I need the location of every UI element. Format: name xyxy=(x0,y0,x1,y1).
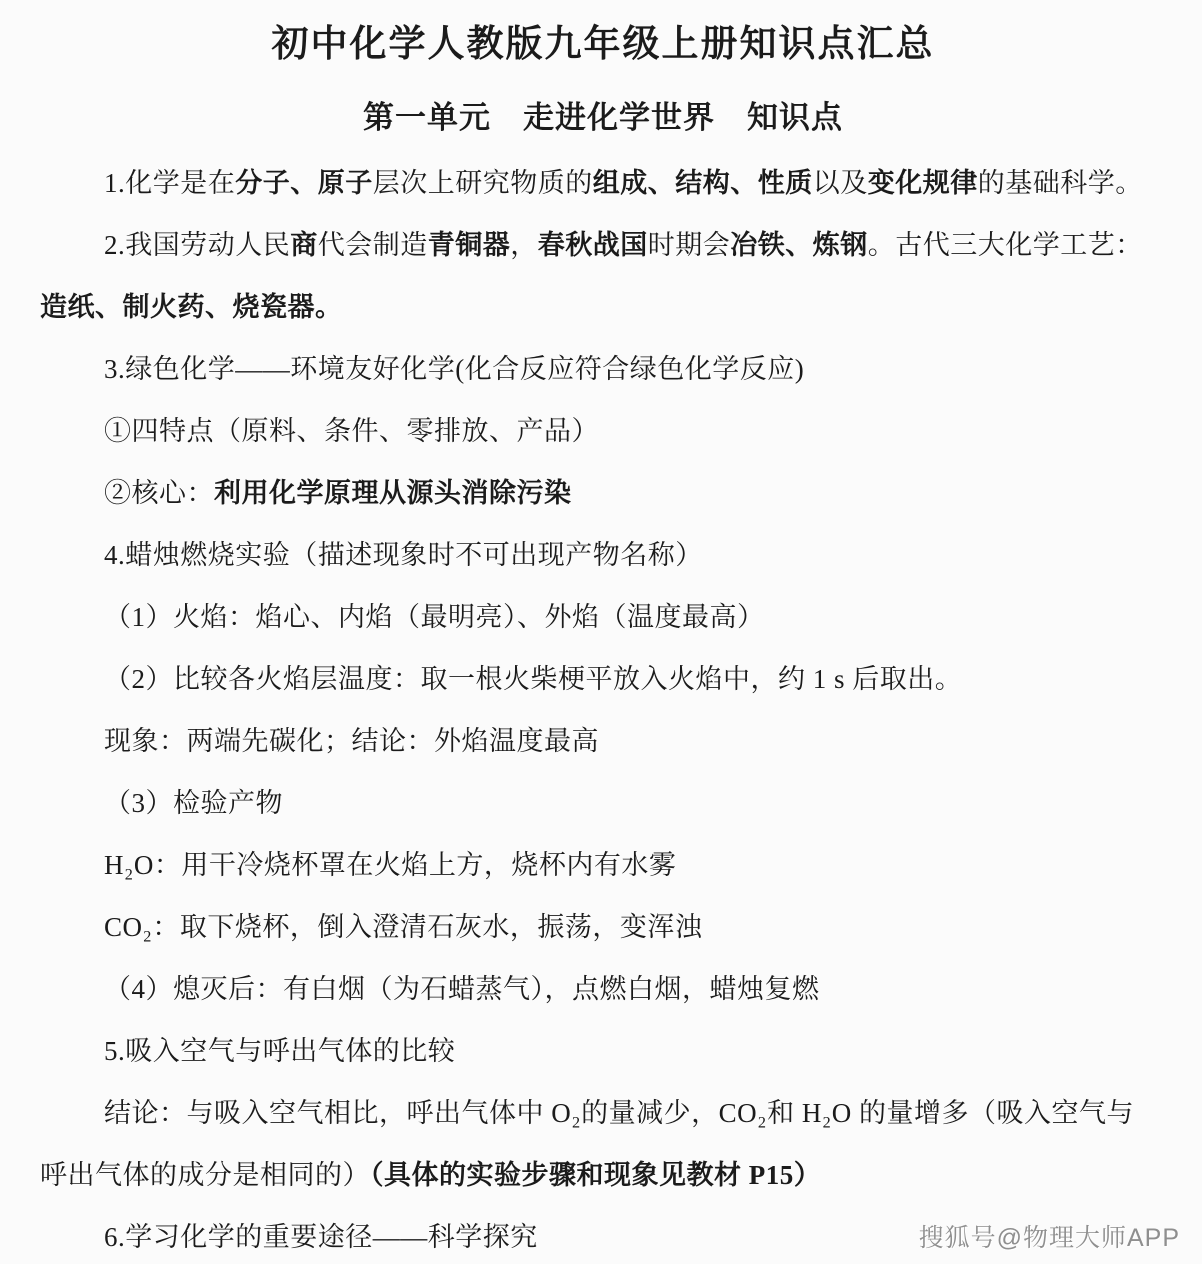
bold-text-run: 冶铁、炼钢 xyxy=(730,230,868,260)
text-run: ②核心： xyxy=(104,478,214,508)
page-title: 初中化学人教版九年级上册知识点汇总 xyxy=(40,20,1166,70)
bold-text-run: 变化规律 xyxy=(868,168,978,198)
text-run: 现象：两端先碳化；结论：外焰温度最高 xyxy=(104,726,599,756)
paragraph-list: 1.化学是在分子、原子层次上研究物质的组成、结构、性质以及变化规律的基础科学。2… xyxy=(40,152,1166,1264)
bold-text-run: 商 xyxy=(290,230,318,260)
bold-text-run: 利用化学原理从源头消除污染 xyxy=(214,478,572,508)
paragraph: ②核心：利用化学原理从源头消除污染 xyxy=(40,462,1166,524)
paragraph: ①四特点（原料、条件、零排放、产品） xyxy=(40,400,1166,462)
text-run: ①四特点（原料、条件、零排放、产品） xyxy=(104,416,599,446)
paragraph: CO₂：取下烧杯，倒入澄清石灰水，振荡，变浑浊 xyxy=(40,896,1166,958)
paragraph: 2.我国劳动人民商代会制造青铜器，春秋战国时期会冶铁、炼钢。古代三大化学工艺： xyxy=(40,214,1166,276)
paragraph: （4）熄灭后：有白烟（为石蜡蒸气），点燃白烟，蜡烛复燃 xyxy=(40,958,1166,1020)
bold-text-run: 组成、结构、性质 xyxy=(593,168,813,198)
paragraph: （2）比较各火焰层温度：取一根火柴梗平放入火焰中，约 1 s 后取出。 xyxy=(40,648,1166,710)
text-run: 2.我国劳动人民 xyxy=(104,230,290,260)
text-run: 1.化学是在 xyxy=(104,168,235,198)
text-run: CO₂：取下烧杯，倒入澄清石灰水，振荡，变浑浊 xyxy=(104,912,702,942)
paragraph: （3）检验产物 xyxy=(40,772,1166,834)
text-run: ， xyxy=(510,230,538,260)
document-page: 初中化学人教版九年级上册知识点汇总 第一单元 走进化学世界 知识点 1.化学是在… xyxy=(0,0,1202,1264)
text-run: H₂O：用干冷烧杯罩在火焰上方，烧杯内有水雾 xyxy=(104,850,676,880)
text-run: 代会制造 xyxy=(318,230,428,260)
paragraph: H₂O：用干冷烧杯罩在火焰上方，烧杯内有水雾 xyxy=(40,834,1166,896)
paragraph: 1.化学是在分子、原子层次上研究物质的组成、结构、性质以及变化规律的基础科学。 xyxy=(40,152,1166,214)
text-run: （1）火焰：焰心、内焰（最明亮）、外焰（温度最高） xyxy=(104,602,765,632)
paragraph: 5.吸入空气与呼出气体的比较 xyxy=(40,1020,1166,1082)
paragraph: （1）火焰：焰心、内焰（最明亮）、外焰（温度最高） xyxy=(40,586,1166,648)
bold-text-run: （具体的实验步骤和现象见教材 P15） xyxy=(370,1160,821,1190)
paragraph: 3.绿色化学——环境友好化学(化合反应符合绿色化学反应) xyxy=(40,338,1166,400)
bold-text-run: 分子、原子 xyxy=(235,168,373,198)
text-run: 的基础科学。 xyxy=(978,168,1143,198)
paragraph: 呼出气体的成分是相同的）（具体的实验步骤和现象见教材 P15） xyxy=(40,1144,1166,1206)
paragraph: 现象：两端先碳化；结论：外焰温度最高 xyxy=(40,710,1166,772)
text-run: 3.绿色化学——环境友好化学(化合反应符合绿色化学反应) xyxy=(104,354,804,384)
text-run: 呼出气体的成分是相同的） xyxy=(40,1160,370,1190)
text-run: （3）检验产物 xyxy=(104,788,283,818)
paragraph: 造纸、制火药、烧瓷器。 xyxy=(40,276,1166,338)
bold-text-run: 青铜器 xyxy=(428,230,511,260)
bold-text-run: 造纸、制火药、烧瓷器。 xyxy=(40,292,343,322)
text-run: （2）比较各火焰层温度：取一根火柴梗平放入火焰中，约 1 s 后取出。 xyxy=(104,664,962,694)
text-run: 以及 xyxy=(813,168,868,198)
text-run: 。古代三大化学工艺： xyxy=(868,230,1143,260)
unit-subtitle: 第一单元 走进化学世界 知识点 xyxy=(40,96,1166,140)
text-run: 4.蜡烛燃烧实验（描述现象时不可出现产物名称） xyxy=(104,540,703,570)
text-run: 层次上研究物质的 xyxy=(373,168,593,198)
watermark-text: 搜狐号@物理大师APP xyxy=(919,1218,1180,1254)
paragraph: 结论：与吸入空气相比，呼出气体中 O₂的量减少，CO₂和 H₂O 的量增多（吸入… xyxy=(40,1082,1166,1144)
bold-text-run: 春秋战国 xyxy=(538,230,648,260)
paragraph: 4.蜡烛燃烧实验（描述现象时不可出现产物名称） xyxy=(40,524,1166,586)
text-run: 结论：与吸入空气相比，呼出气体中 O₂的量减少，CO₂和 H₂O 的量增多（吸入… xyxy=(104,1098,1134,1128)
text-run: （4）熄灭后：有白烟（为石蜡蒸气），点燃白烟，蜡烛复燃 xyxy=(104,974,820,1004)
text-run: 时期会 xyxy=(648,230,731,260)
text-run: 5.吸入空气与呼出气体的比较 xyxy=(104,1036,455,1066)
text-run: 6.学习化学的重要途径——科学探究 xyxy=(104,1222,538,1252)
